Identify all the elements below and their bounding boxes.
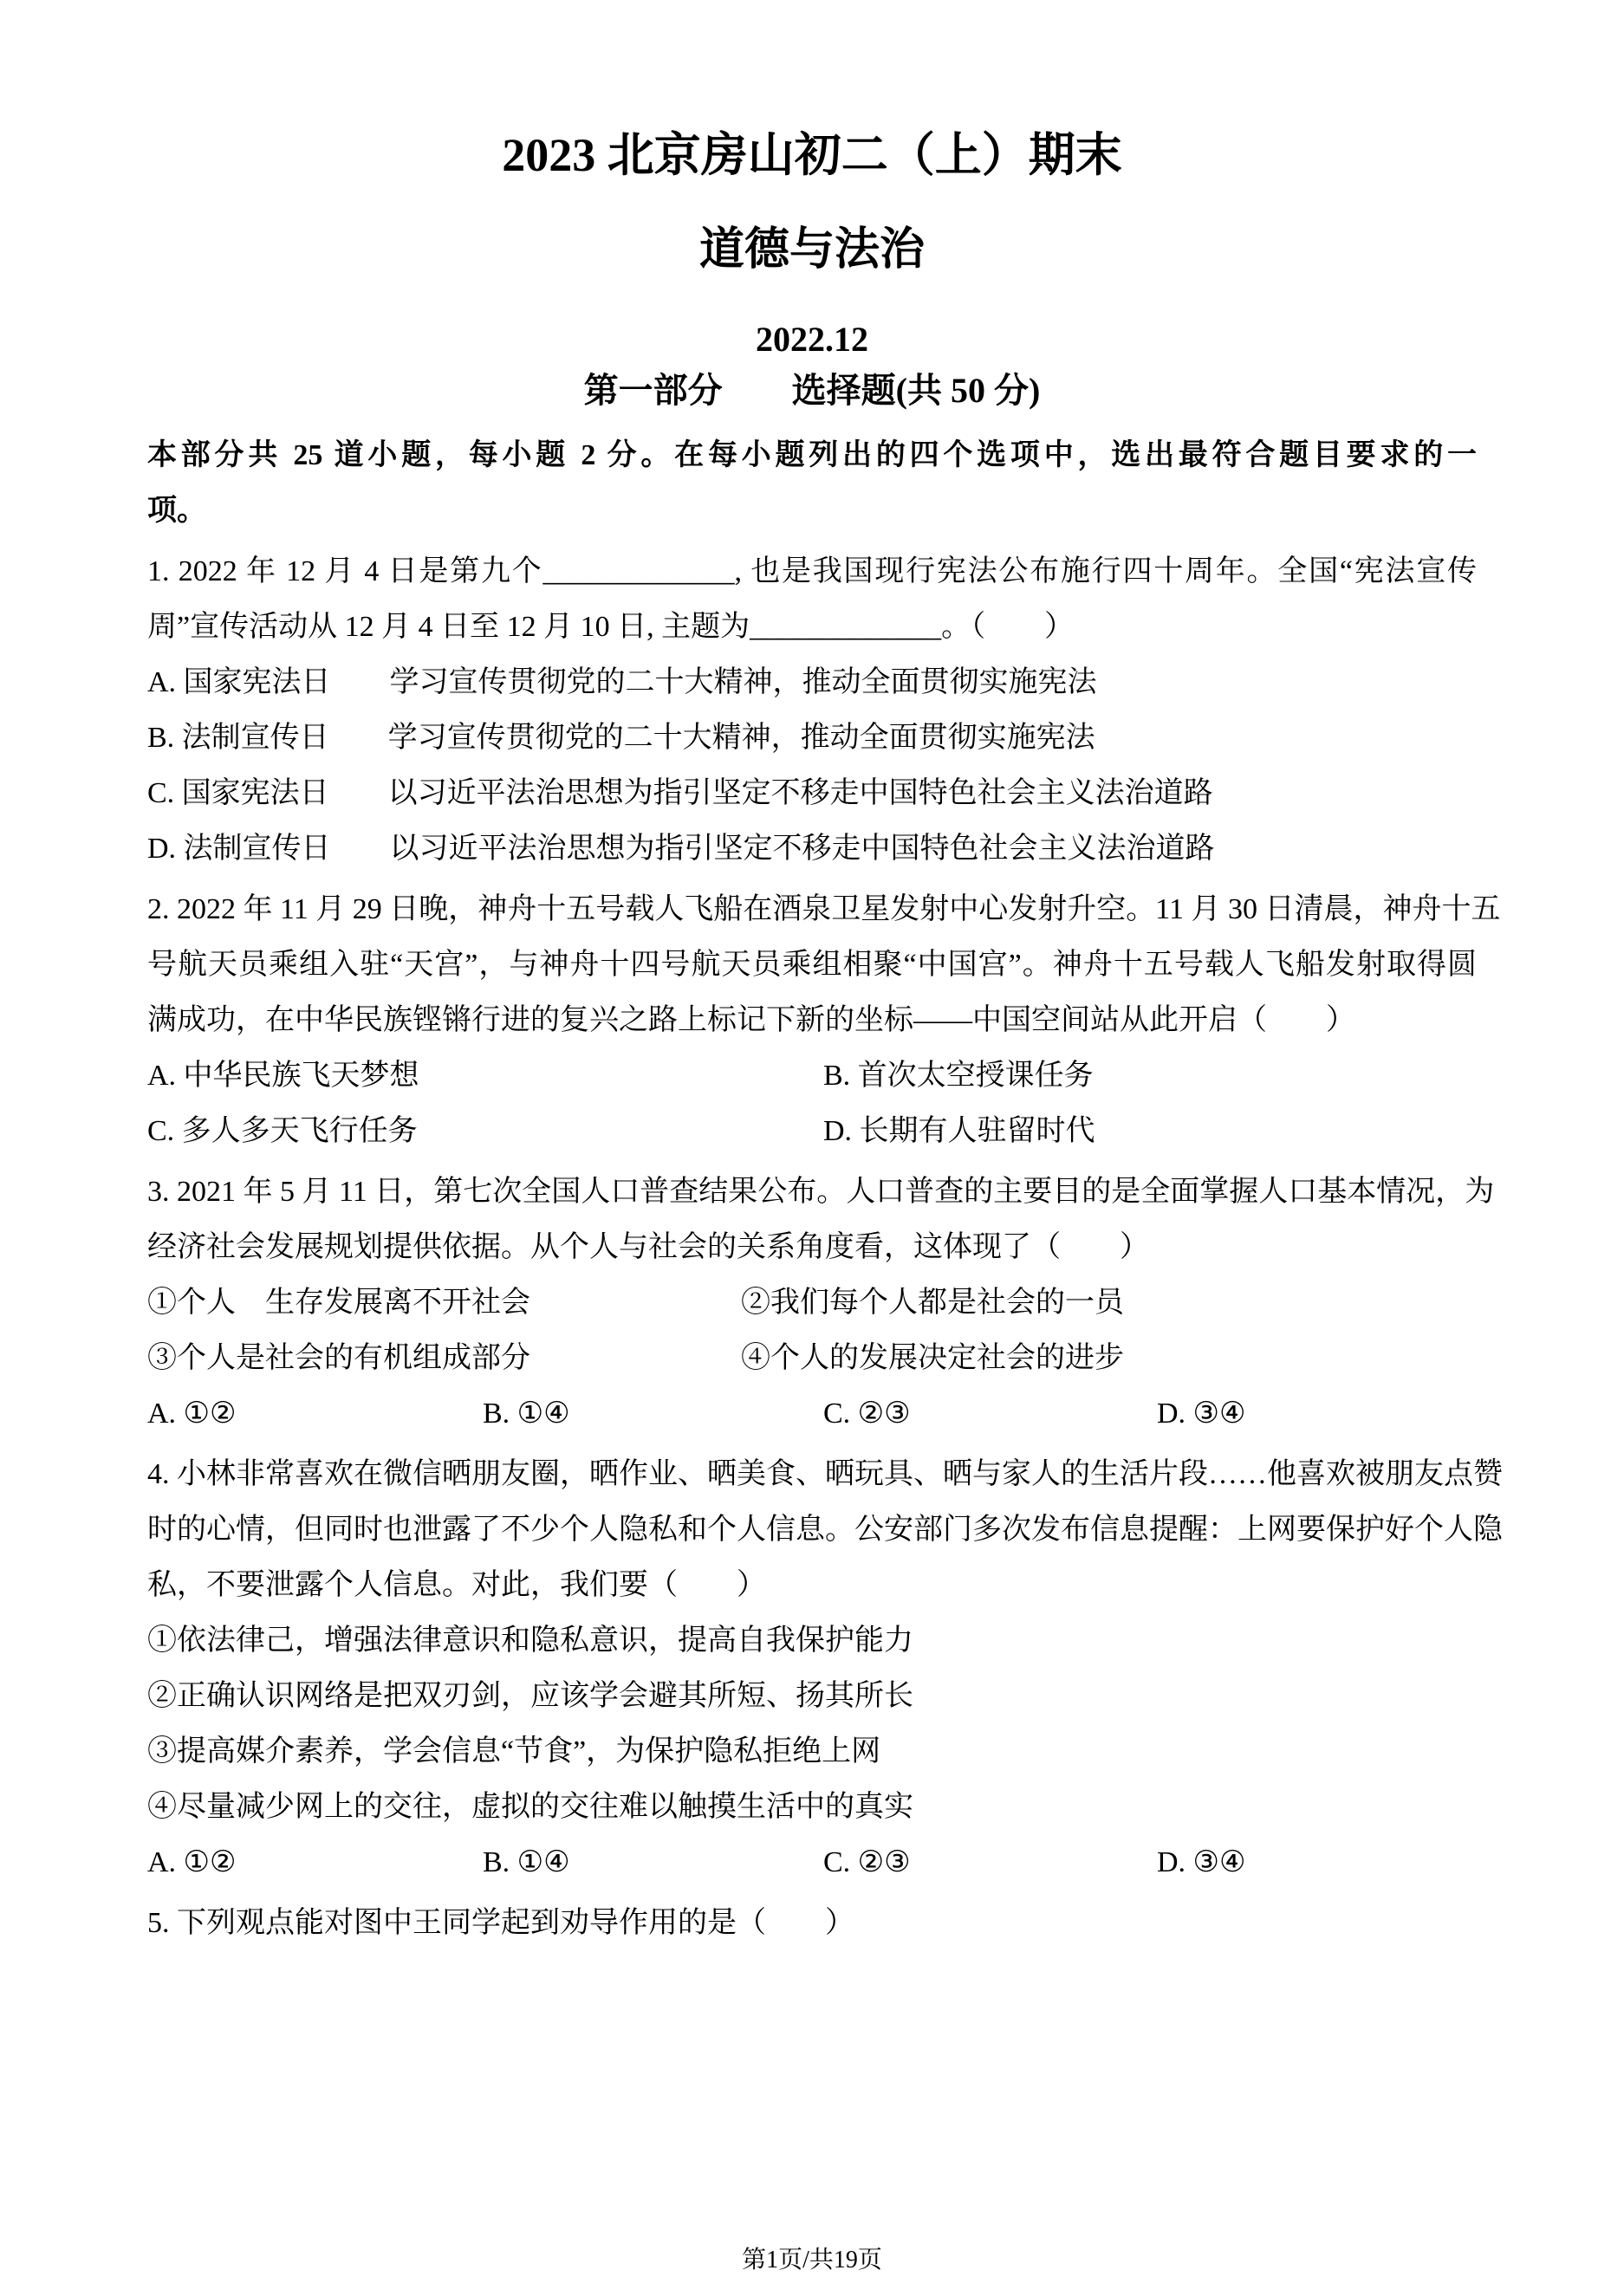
q3-stem-line-2: 经济社会发展规划提供依据。从个人与社会的关系角度看，这体现了（ ） (147, 1220, 1477, 1275)
question-3: 3. 2021 年 5 月 11 日，第七次全国人口普查结果公布。人口普查的主要… (147, 1164, 1477, 1442)
q3-item-3: ③个人是社会的有机组成部分 (147, 1331, 741, 1386)
q3-stem-line-1: 3. 2021 年 5 月 11 日，第七次全国人口普查结果公布。人口普查的主要… (147, 1164, 1477, 1220)
section-instructions: 本部分共 25 道小题，每小题 2 分。在每小题列出的四个选项中，选出最符合题目… (147, 428, 1477, 539)
q3-item-2: ②我们每个人都是社会的一员 (741, 1275, 1477, 1331)
q3-options-row: A. ①② B. ①④ C. ②③ D. ③④ (147, 1386, 1477, 1442)
doc-title: 2023 北京房山初二（上）期末 (147, 0, 1477, 182)
question-1: 1. 2022 年 12 月 4 日是第九个_____________, 也是我… (147, 544, 1477, 877)
q2-stem-line-1: 2. 2022 年 11 月 29 日晚，神舟十五号载人飞船在酒泉卫星发射中心发… (147, 882, 1477, 937)
q2-stem-line-3: 满成功，在中华民族铿锵行进的复兴之路上标记下新的坐标——中国空间站从此开启（ ） (147, 993, 1477, 1048)
q4-item-3: ③提高媒介素养，学会信息“节食”，为保护隐私拒绝上网 (147, 1724, 1477, 1780)
q4-item-4: ④尽量减少网上的交往，虚拟的交往难以触摸生活中的真实 (147, 1780, 1477, 1835)
doc-date: 2022.12 (147, 319, 1477, 360)
q2-option-a: A. 中华民族飞天梦想 (147, 1048, 823, 1104)
q4-item-1: ①依法律己，增强法律意识和隐私意识，提高自我保护能力 (147, 1613, 1477, 1669)
page-content: 2023 北京房山初二（上）期末 道德与法治 2022.12 第一部分 选择题(… (0, 0, 1624, 1951)
instructions-line-1: 本部分共 25 道小题，每小题 2 分。在每小题列出的四个选项中，选出最符合题目… (147, 428, 1477, 483)
q3-items-row-1: ①个人 生存发展离不开社会 ②我们每个人都是社会的一员 (147, 1275, 1477, 1331)
q3-option-c: C. ②③ (823, 1386, 1157, 1442)
q1-option-b: B. 法制宣传日 学习宣传贯彻党的二十大精神，推动全面贯彻实施宪法 (147, 710, 1477, 766)
q4-option-d: D. ③④ (1157, 1835, 1477, 1891)
exam-paper-page: 2023 北京房山初二（上）期末 道德与法治 2022.12 第一部分 选择题(… (0, 0, 1624, 2296)
q4-item-2: ②正确认识网络是把双刃剑，应该学会避其所短、扬其所长 (147, 1669, 1477, 1724)
q2-stem-line-2: 号航天员乘组入驻“天宫”，与神舟十四号航天员乘组相聚“中国宫”。神舟十五号载人飞… (147, 937, 1477, 993)
q4-options-row: A. ①② B. ①④ C. ②③ D. ③④ (147, 1835, 1477, 1891)
q3-option-a: A. ①② (147, 1386, 483, 1442)
q1-option-c: C. 国家宪法日 以习近平法治思想为指引坚定不移走中国特色社会主义法治道路 (147, 766, 1477, 821)
q4-stem-line-1: 4. 小林非常喜欢在微信晒朋友圈，晒作业、晒美食、晒玩具、晒与家人的生活片段……… (147, 1447, 1477, 1502)
q4-stem-line-2: 时的心情，但同时也泄露了不少个人隐私和个人信息。公安部门多次发布信息提醒：上网要… (147, 1502, 1477, 1558)
q2-options-row-2: C. 多人多天飞行任务 D. 长期有人驻留时代 (147, 1104, 1477, 1159)
question-5: 5. 下列观点能对图中王同学起到劝导作用的是（ ） (147, 1896, 1477, 1951)
question-4: 4. 小林非常喜欢在微信晒朋友圈，晒作业、晒美食、晒玩具、晒与家人的生活片段……… (147, 1447, 1477, 1891)
q1-option-d: D. 法制宣传日 以习近平法治思想为指引坚定不移走中国特色社会主义法治道路 (147, 821, 1477, 877)
q2-options-row-1: A. 中华民族飞天梦想 B. 首次太空授课任务 (147, 1048, 1477, 1104)
question-2: 2. 2022 年 11 月 29 日晚，神舟十五号载人飞船在酒泉卫星发射中心发… (147, 882, 1477, 1159)
instructions-line-2: 项。 (147, 483, 1477, 539)
q4-option-c: C. ②③ (823, 1835, 1157, 1891)
q1-stem-line-1: 1. 2022 年 12 月 4 日是第九个_____________, 也是我… (147, 544, 1477, 600)
q2-option-d: D. 长期有人驻留时代 (823, 1104, 1477, 1159)
q1-stem-line-2: 周”宣传活动从 12 月 4 日至 12 月 10 日, 主题为________… (147, 600, 1477, 655)
q3-item-4: ④个人的发展决定社会的进步 (741, 1331, 1477, 1386)
q1-option-a: A. 国家宪法日 学习宣传贯彻党的二十大精神，推动全面贯彻实施宪法 (147, 655, 1477, 710)
page-number-footer: 第1页/共19页 (0, 2246, 1624, 2275)
q2-option-c: C. 多人多天飞行任务 (147, 1104, 823, 1159)
q3-option-b: B. ①④ (483, 1386, 823, 1442)
q5-stem: 5. 下列观点能对图中王同学起到劝导作用的是（ ） (147, 1896, 1477, 1951)
q4-option-b: B. ①④ (483, 1835, 823, 1891)
q4-stem-line-3: 私，不要泄露个人信息。对此，我们要（ ） (147, 1558, 1477, 1613)
q4-option-a: A. ①② (147, 1835, 483, 1891)
section-one-heading: 第一部分 选择题(共 50 分) (147, 369, 1477, 412)
doc-subject: 道德与法治 (147, 225, 1477, 276)
q3-item-1: ①个人 生存发展离不开社会 (147, 1275, 741, 1331)
q3-items-row-2: ③个人是社会的有机组成部分 ④个人的发展决定社会的进步 (147, 1331, 1477, 1386)
q2-option-b: B. 首次太空授课任务 (823, 1048, 1477, 1104)
q3-option-d: D. ③④ (1157, 1386, 1477, 1442)
